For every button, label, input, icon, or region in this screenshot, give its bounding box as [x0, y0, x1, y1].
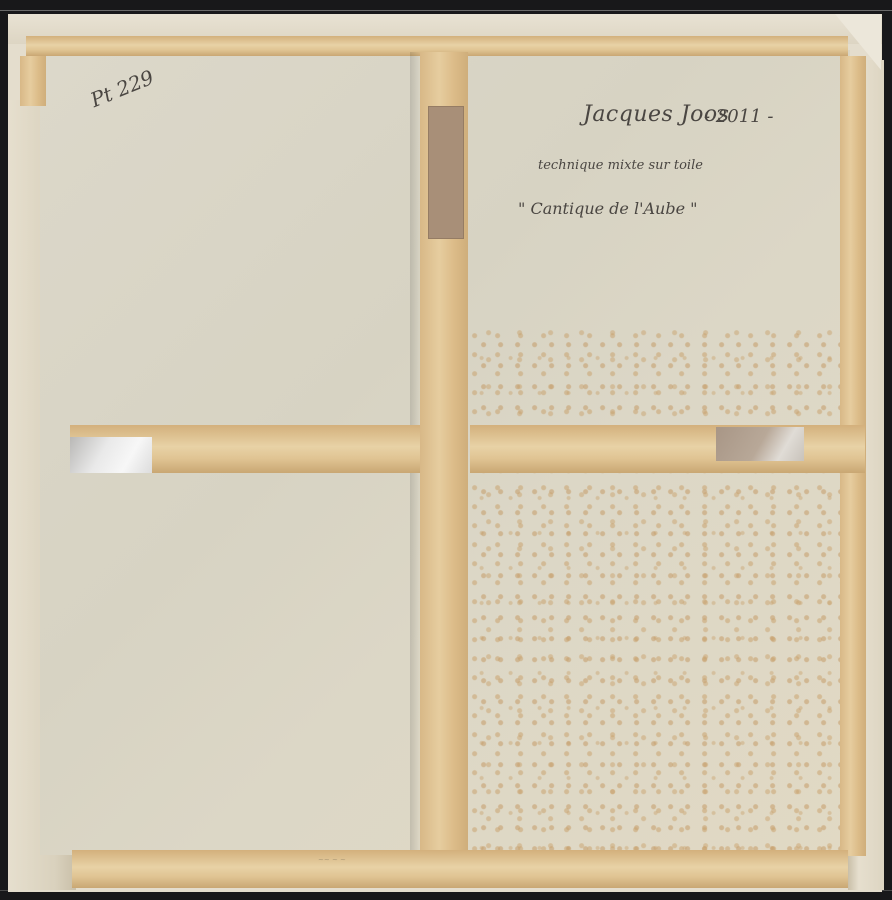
silver-tape-patch-left — [70, 437, 152, 473]
stretcher-bar-left — [20, 56, 46, 106]
foxing-stains — [470, 330, 850, 850]
brown-tape-patch — [428, 106, 464, 239]
frame-edge-top — [0, 10, 892, 11]
artwork-technique: technique mixte sur toile — [538, 158, 703, 173]
artwork-year: - 2011 - — [704, 106, 773, 127]
stretcher-crossbar-right — [470, 425, 865, 473]
silver-tape-patch-right — [716, 427, 804, 461]
artwork-title: " Cantique de l'Aube " — [518, 199, 698, 218]
stretcher-bar-bottom — [72, 850, 848, 888]
bottom-stretcher-note: ~~ ~ ~ — [318, 856, 346, 864]
